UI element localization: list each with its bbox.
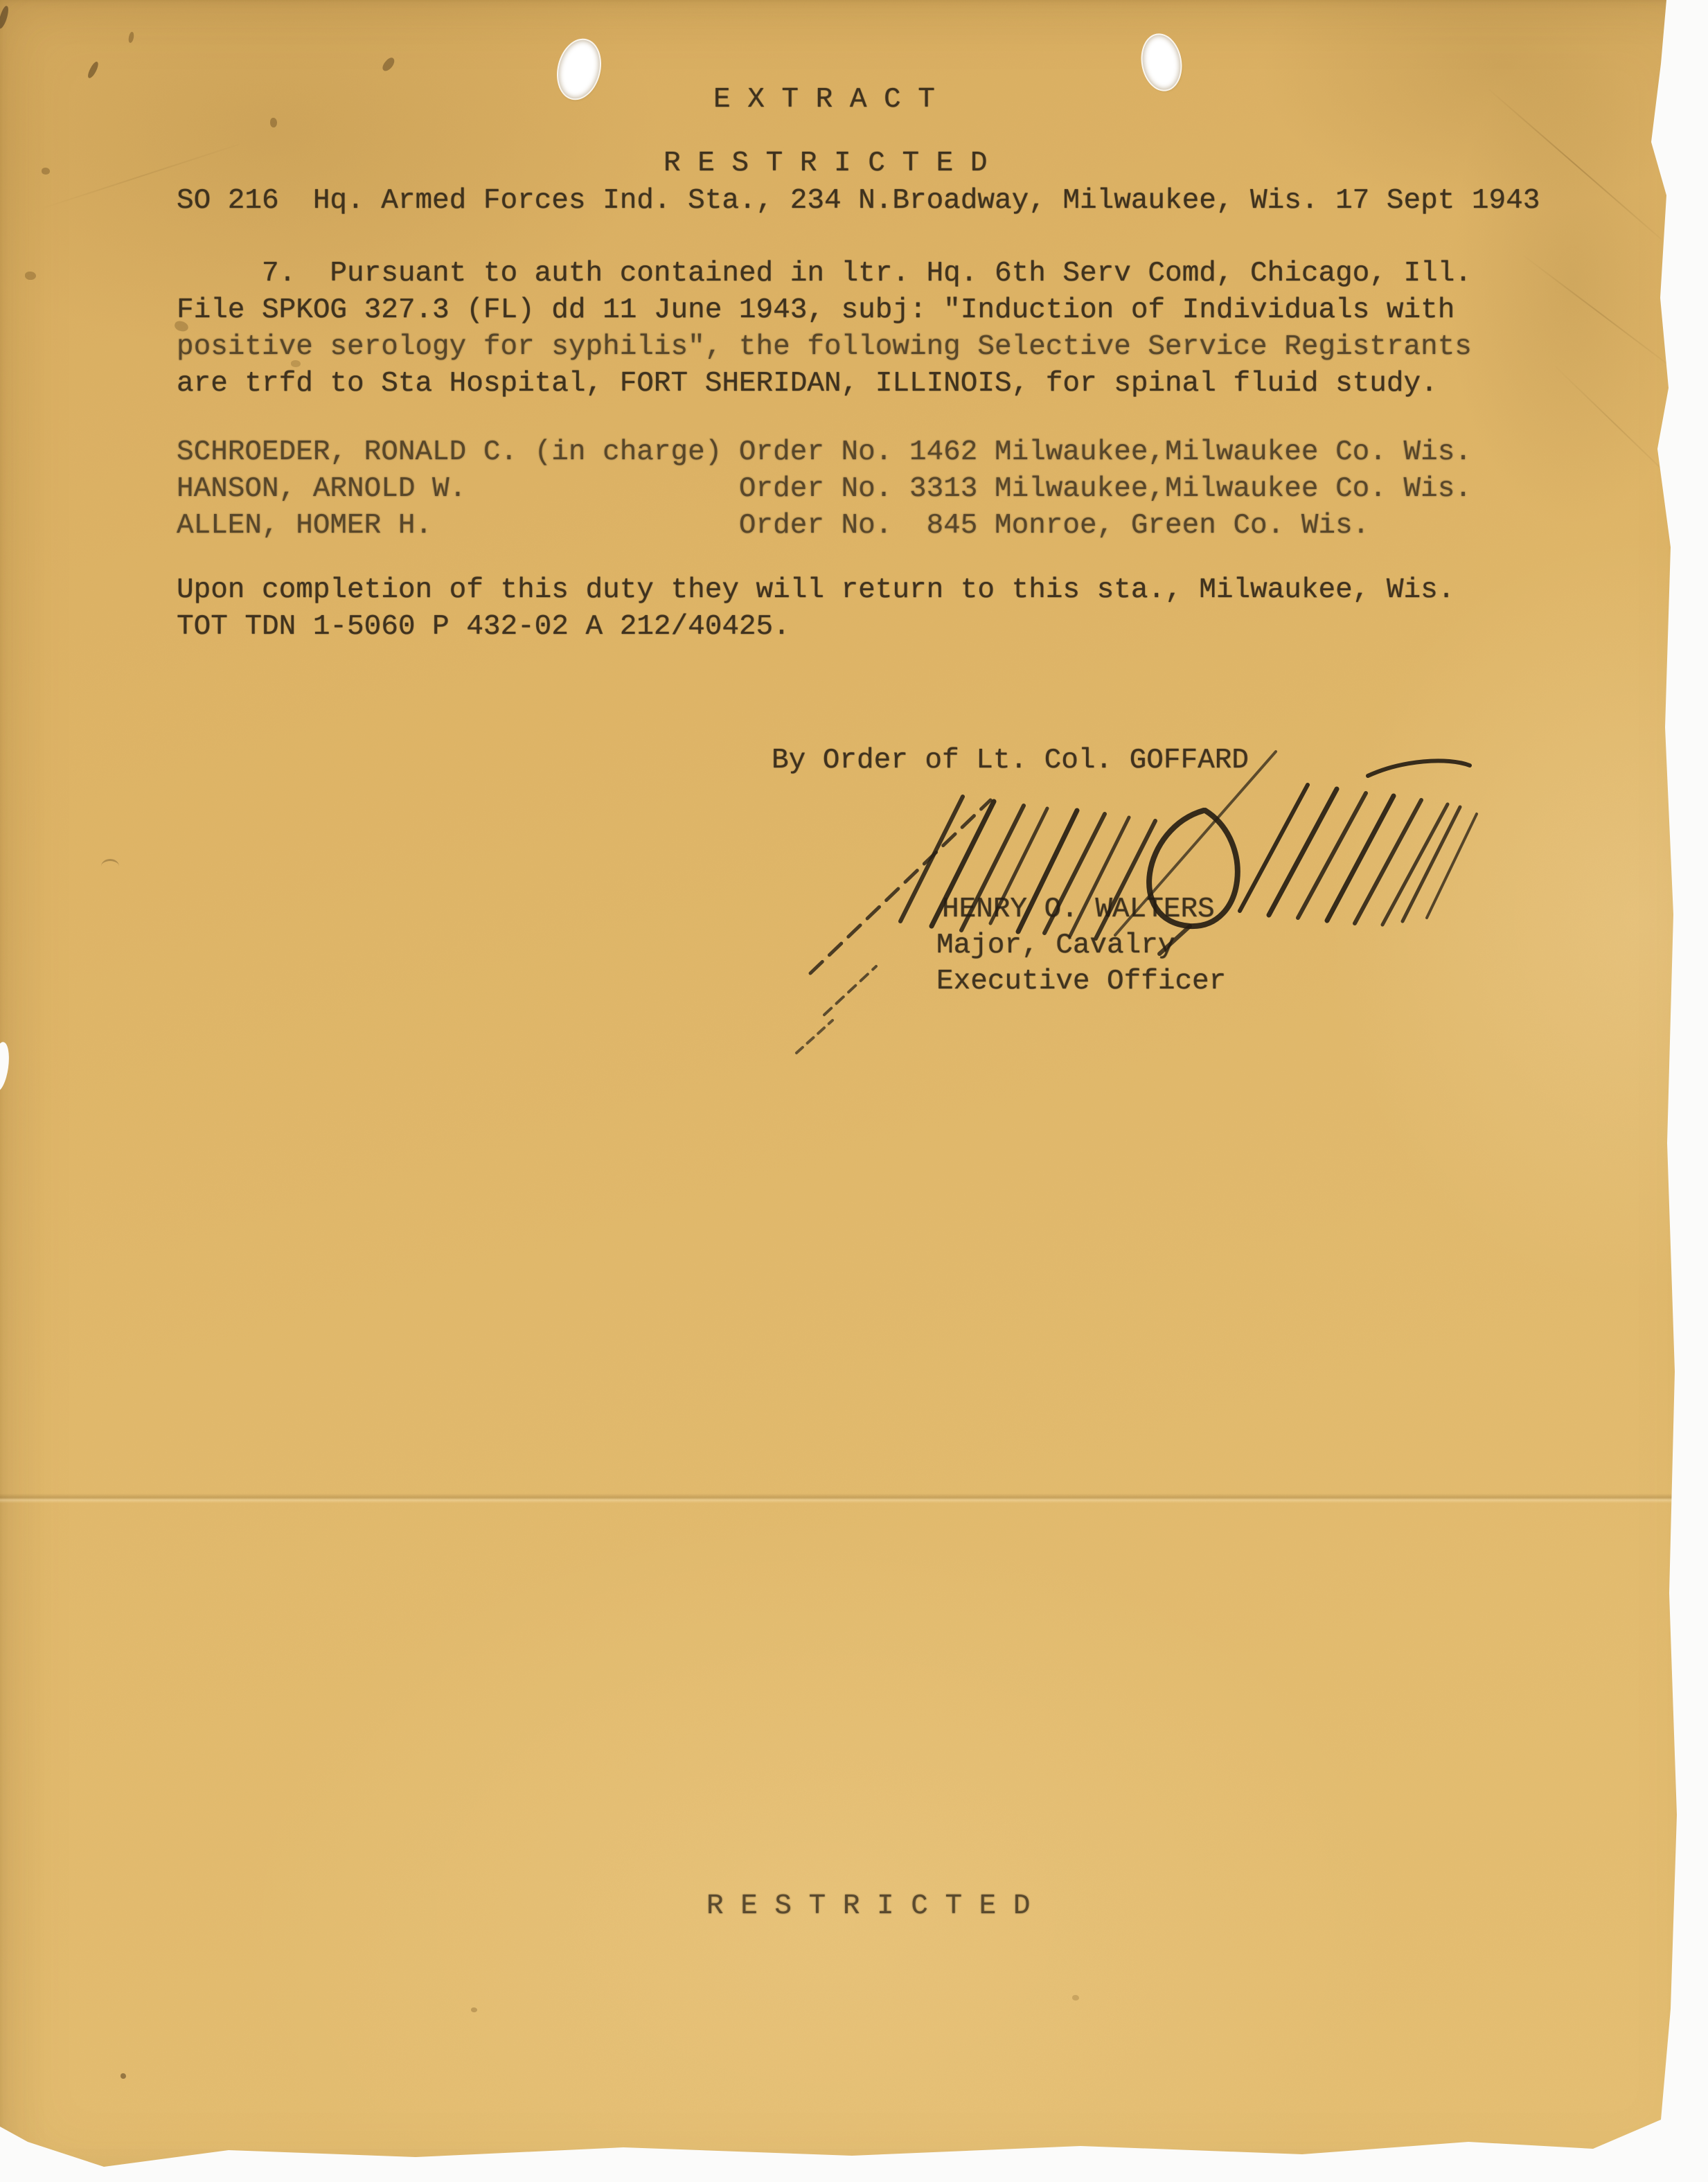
fold-crease xyxy=(0,1493,1708,1503)
signature xyxy=(727,745,1503,1063)
paragraph-line: are trfd to Sta Hospital, FORT SHERIDAN,… xyxy=(177,366,1438,402)
hole-punch-left xyxy=(552,35,605,103)
paragraph-line: positive serology for syphilis", the fol… xyxy=(177,329,1472,366)
closing-line: TOT TDN 1-5060 P 432-02 A 212/40425. xyxy=(177,609,790,646)
classification-banner-bottom: R E S T R I C T E D xyxy=(706,1888,1030,1925)
paragraph-line: File SPKOG 327.3 (FL) dd 11 June 1943, s… xyxy=(177,292,1455,329)
order-header-line: SO 216 Hq. Armed Forces Ind. Sta., 234 N… xyxy=(177,183,1540,220)
registrant-row: SCHROEDER, RONALD C. (in charge) Order N… xyxy=(177,434,1472,471)
paper: E X T R A C T R E S T R I C T E D SO 216… xyxy=(0,0,1708,2182)
left-edge-notch xyxy=(0,1041,12,1093)
hole-punch-right xyxy=(1138,32,1184,93)
crumple-shadow-topright xyxy=(1448,42,1697,526)
registrant-row: ALLEN, HOMER H. Order No. 845 Monroe, Gr… xyxy=(177,508,1369,544)
document-title: E X T R A C T xyxy=(713,82,935,118)
closing-line: Upon completion of this duty they will r… xyxy=(177,572,1455,609)
classification-banner-top: R E S T R I C T E D xyxy=(664,145,987,182)
scanned-document: E X T R A C T R E S T R I C T E D SO 216… xyxy=(0,0,1708,2182)
paragraph-line: 7. Pursuant to auth contained in ltr. Hq… xyxy=(177,256,1472,292)
registrant-row: HANSON, ARNOLD W. Order No. 3313 Milwauk… xyxy=(177,471,1472,508)
